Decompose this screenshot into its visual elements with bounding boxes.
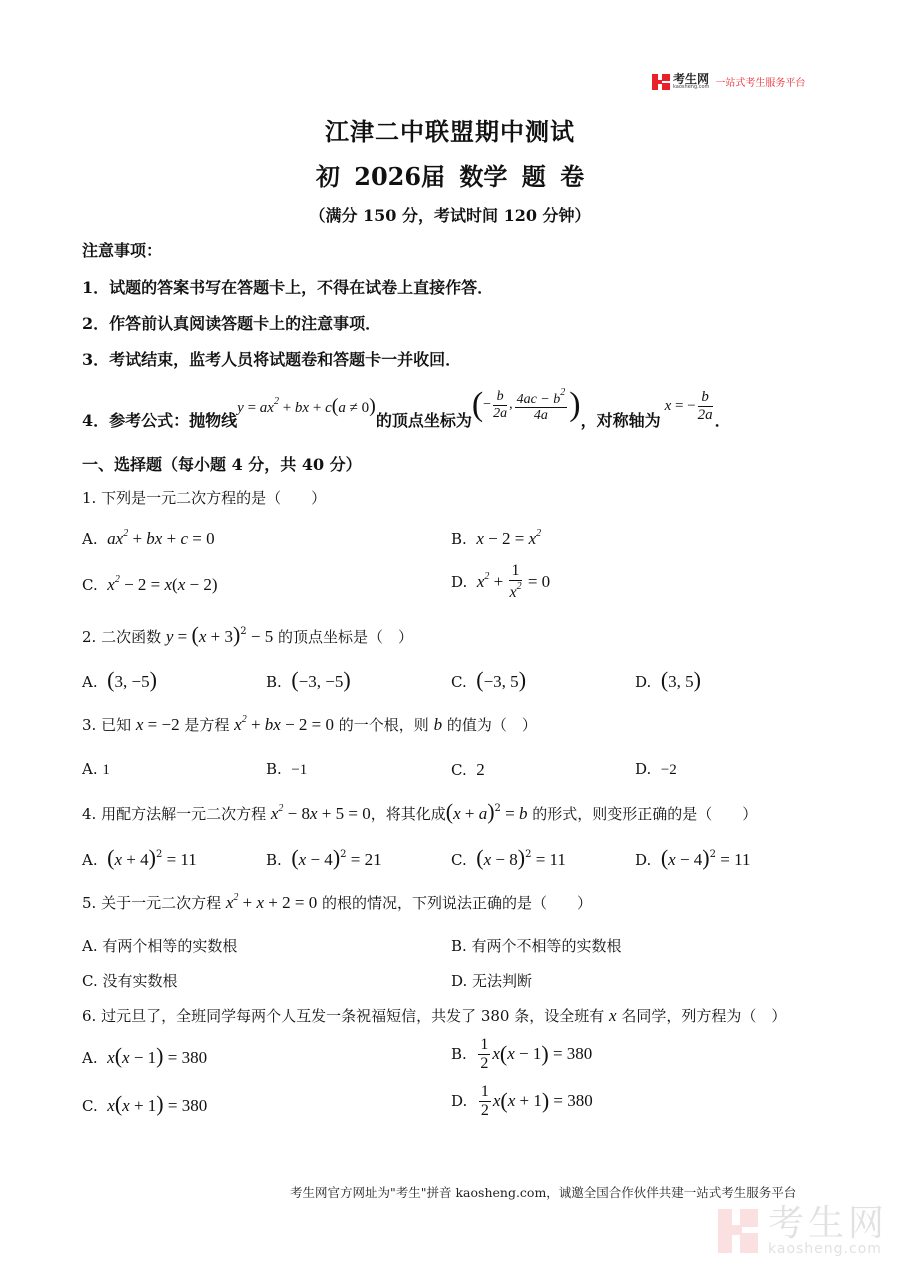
question-2-option-b[interactable]: B. (−3, −5) xyxy=(266,667,351,693)
question-4-option-b[interactable]: B. (x − 4)2 = 21 xyxy=(266,845,382,871)
question-3-option-d[interactable]: D. −2 xyxy=(635,760,677,779)
question-5-option-a[interactable]: A. 有两个相等的实数根 xyxy=(82,935,237,956)
watermark-cn: 考生网 xyxy=(768,1206,888,1242)
question-3-stem: 3. 已知 x = −2 是方程 x2 + bx − 2 = 0 的一个根，则 … xyxy=(82,714,537,735)
axis-formula: x = − b2a xyxy=(665,389,715,423)
question-1-option-b[interactable]: B. x − 2 = x2 xyxy=(451,528,541,549)
parabola-formula: y = ax2 + bx + c(a ≠ 0) xyxy=(237,395,376,418)
question-6-option-c[interactable]: C. x(x + 1) = 380 xyxy=(82,1091,207,1117)
question-2-option-a[interactable]: A. (3, −5) xyxy=(82,667,157,693)
question-5-stem: 5. 关于一元二次方程 x2 + x + 2 = 0 的根的情况，下列说法正确的… xyxy=(82,892,592,913)
question-3-option-a[interactable]: A. 1 xyxy=(82,760,110,779)
kaosheng-watermark-icon xyxy=(718,1209,758,1253)
watermark-en: kaosheng.com xyxy=(768,1242,888,1256)
question-2-stem: 2. 二次函数 y = (x + 3)2 − 5 的顶点坐标是（ ） xyxy=(82,622,413,648)
question-4-stem: 4. 用配方法解一元二次方程 x2 − 8x + 5 = 0，将其化成(x + … xyxy=(82,799,757,825)
question-1-option-d[interactable]: D. x2 + 1x2 = 0 xyxy=(451,562,550,601)
note-item-4: 4．参考公式：抛物线 y = ax2 + bx + c(a ≠ 0) 的顶点坐标… xyxy=(82,380,731,436)
kaosheng-logo-icon xyxy=(652,74,670,90)
exam-subtitle: 初 2026届 数学 题 卷 xyxy=(0,157,900,192)
header-logo: 考生网 kaosheng.com 一站式考生服务平台 xyxy=(652,73,805,90)
footer-text: 考生网官方网址为"考生"拼音 kaosheng.com，诚邀全国合作伙伴共建一站… xyxy=(290,1183,796,1201)
question-1-option-c[interactable]: C. x2 − 2 = x(x − 2) xyxy=(82,574,218,595)
question-5-option-c[interactable]: C. 没有实数根 xyxy=(82,970,177,991)
question-3-option-c[interactable]: C. 2 xyxy=(451,760,485,780)
question-3-option-b[interactable]: B. −1 xyxy=(266,760,307,779)
question-2-option-d[interactable]: D. (3, 5) xyxy=(635,667,701,693)
watermark: 考生网 kaosheng.com xyxy=(718,1206,888,1256)
question-4-option-d[interactable]: D. (x − 4)2 = 11 xyxy=(635,845,750,871)
question-4-option-c[interactable]: C. (x − 8)2 = 11 xyxy=(451,845,566,871)
question-6-option-b[interactable]: B. 12x(x − 1) = 380 xyxy=(451,1036,592,1072)
question-1-stem: 1. 下列是一元二次方程的是（ ） xyxy=(82,487,326,508)
section-heading: 一、选择题（每小题 4 分，共 40 分） xyxy=(82,452,362,475)
notes-heading: 注意事项： xyxy=(82,238,162,261)
question-5-option-d[interactable]: D. 无法判断 xyxy=(451,970,532,991)
note-item-3: 3．考试结束，监考人员将试题卷和答题卡一并收回． xyxy=(82,347,461,370)
logo-en: kaosheng.com xyxy=(673,85,709,90)
question-2-option-c[interactable]: C. (−3, 5) xyxy=(451,667,526,693)
logo-slogan: 一站式考生服务平台 xyxy=(715,74,805,89)
question-6-stem: 6. 过元旦了，全班同学每两个人互发一条祝福短信，共发了 380 条，设全班有 … xyxy=(82,1005,786,1026)
note-item-2: 2．作答前认真阅读答题卡上的注意事项． xyxy=(82,311,381,334)
question-1-option-a[interactable]: A. ax2 + bx + c = 0 xyxy=(82,528,215,549)
exam-title: 江津二中联盟期中测试 xyxy=(0,112,900,147)
question-4-option-a[interactable]: A. (x + 4)2 = 11 xyxy=(82,845,197,871)
vertex-formula: ( − b2a , 4ac − b24a ) xyxy=(472,386,581,424)
question-6-option-a[interactable]: A. x(x − 1) = 380 xyxy=(82,1043,207,1069)
exam-info: （满分 150 分，考试时间 120 分钟） xyxy=(0,203,900,226)
question-6-option-d[interactable]: D. 12x(x + 1) = 380 xyxy=(451,1083,593,1119)
note-item-1: 1．试题的答案书写在答题卡上，不得在试卷上直接作答． xyxy=(82,275,493,298)
question-5-option-b[interactable]: B. 有两个不相等的实数根 xyxy=(451,935,622,956)
